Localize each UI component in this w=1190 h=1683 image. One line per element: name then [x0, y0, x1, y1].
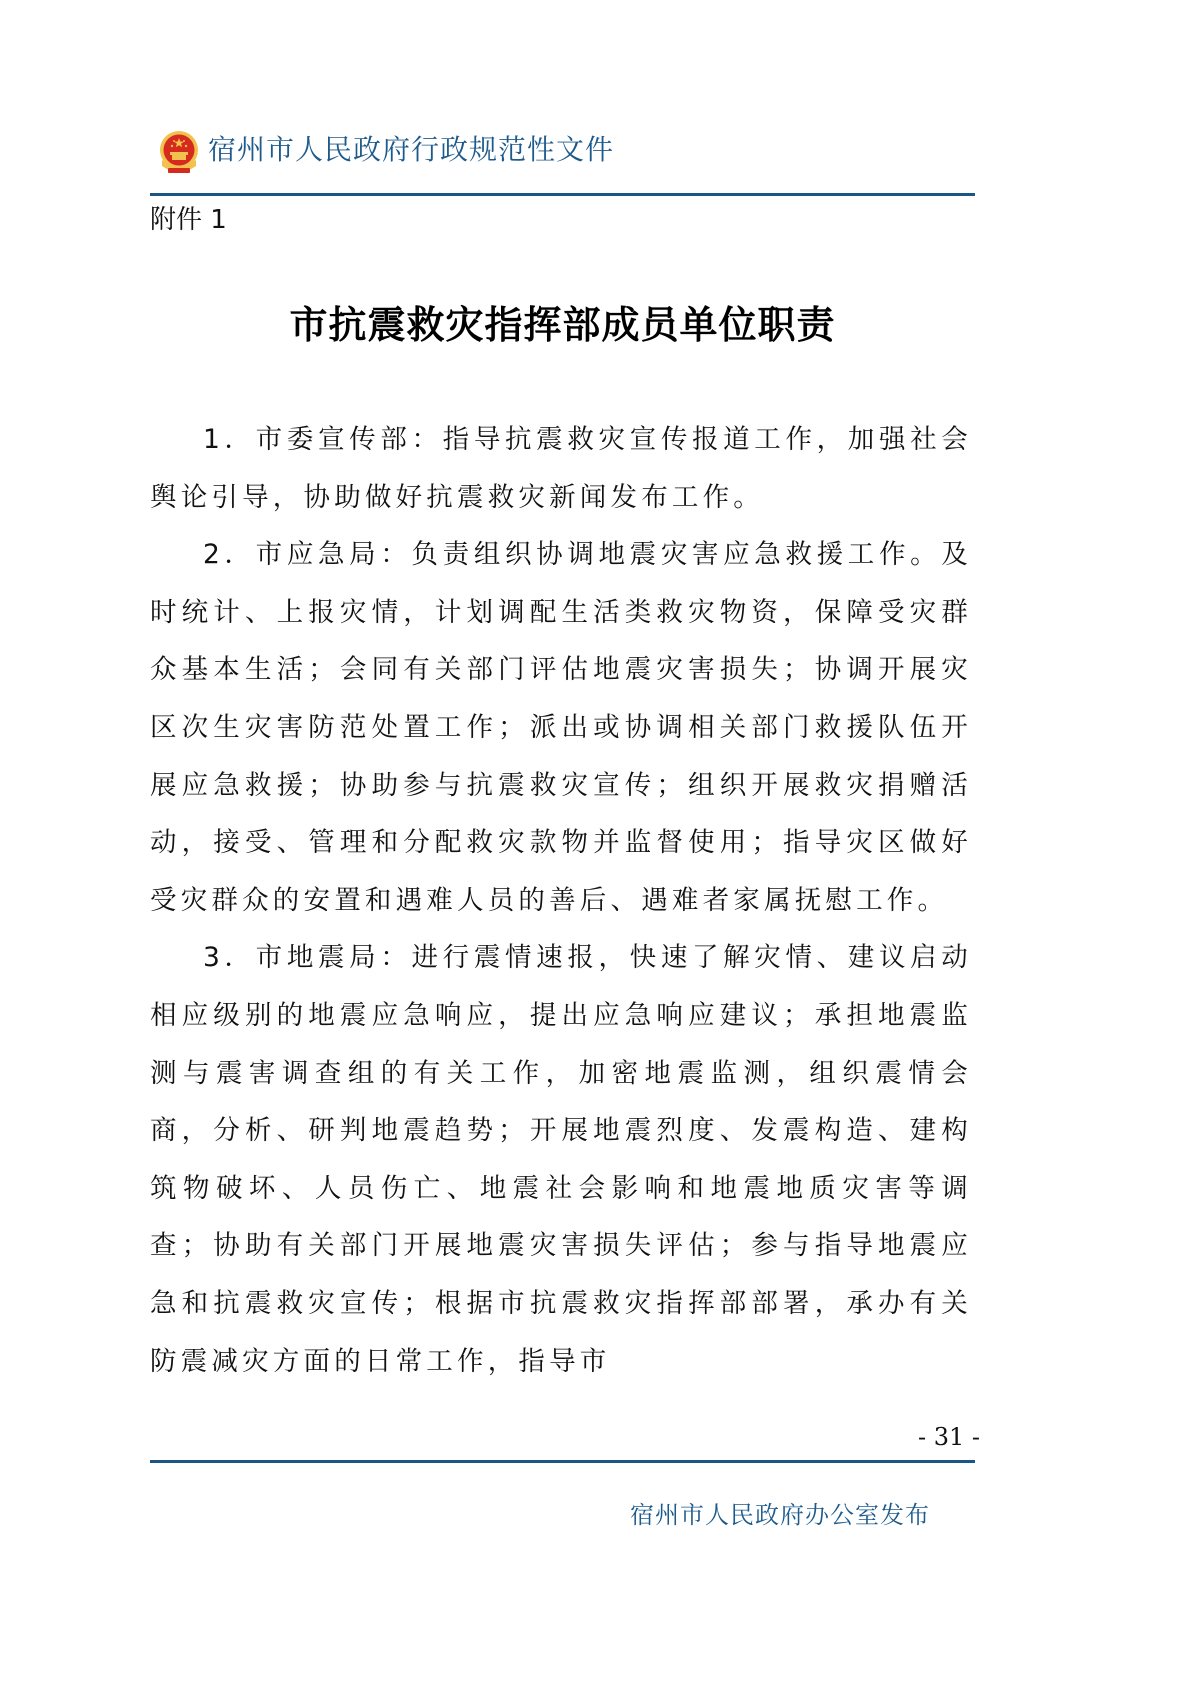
page-number: - 31 - — [880, 1420, 980, 1454]
footer-divider — [150, 1460, 975, 1463]
national-emblem-icon — [158, 130, 200, 176]
document-header: 宿州市人民政府行政规范性文件 — [150, 122, 975, 192]
document-title: 市抗震救灾指挥部成员单位职责 — [150, 295, 975, 355]
header-title: 宿州市人民政府行政规范性文件 — [208, 130, 614, 170]
attachment-label: 附件 1 — [150, 200, 227, 240]
paragraph-earthquake-bureau: 3．市地震局：进行震情速报，快速了解灾情、建议启动相应级别的地震应急响应，提出应… — [150, 929, 972, 1390]
paragraph-propaganda-dept: 1．市委宣传部：指导抗震救灾宣传报道工作，加强社会舆论引导，协助做好抗震救灾新闻… — [150, 411, 972, 526]
footer-publisher: 宿州市人民政府办公室发布 — [600, 1495, 930, 1535]
paragraph-emergency-bureau: 2．市应急局：负责组织协调地震灾害应急救援工作。及时统计、上报灾情，计划调配生活… — [150, 526, 972, 929]
header-divider — [150, 193, 975, 196]
document-body: 1．市委宣传部：指导抗震救灾宣传报道工作，加强社会舆论引导，协助做好抗震救灾新闻… — [150, 411, 972, 1390]
